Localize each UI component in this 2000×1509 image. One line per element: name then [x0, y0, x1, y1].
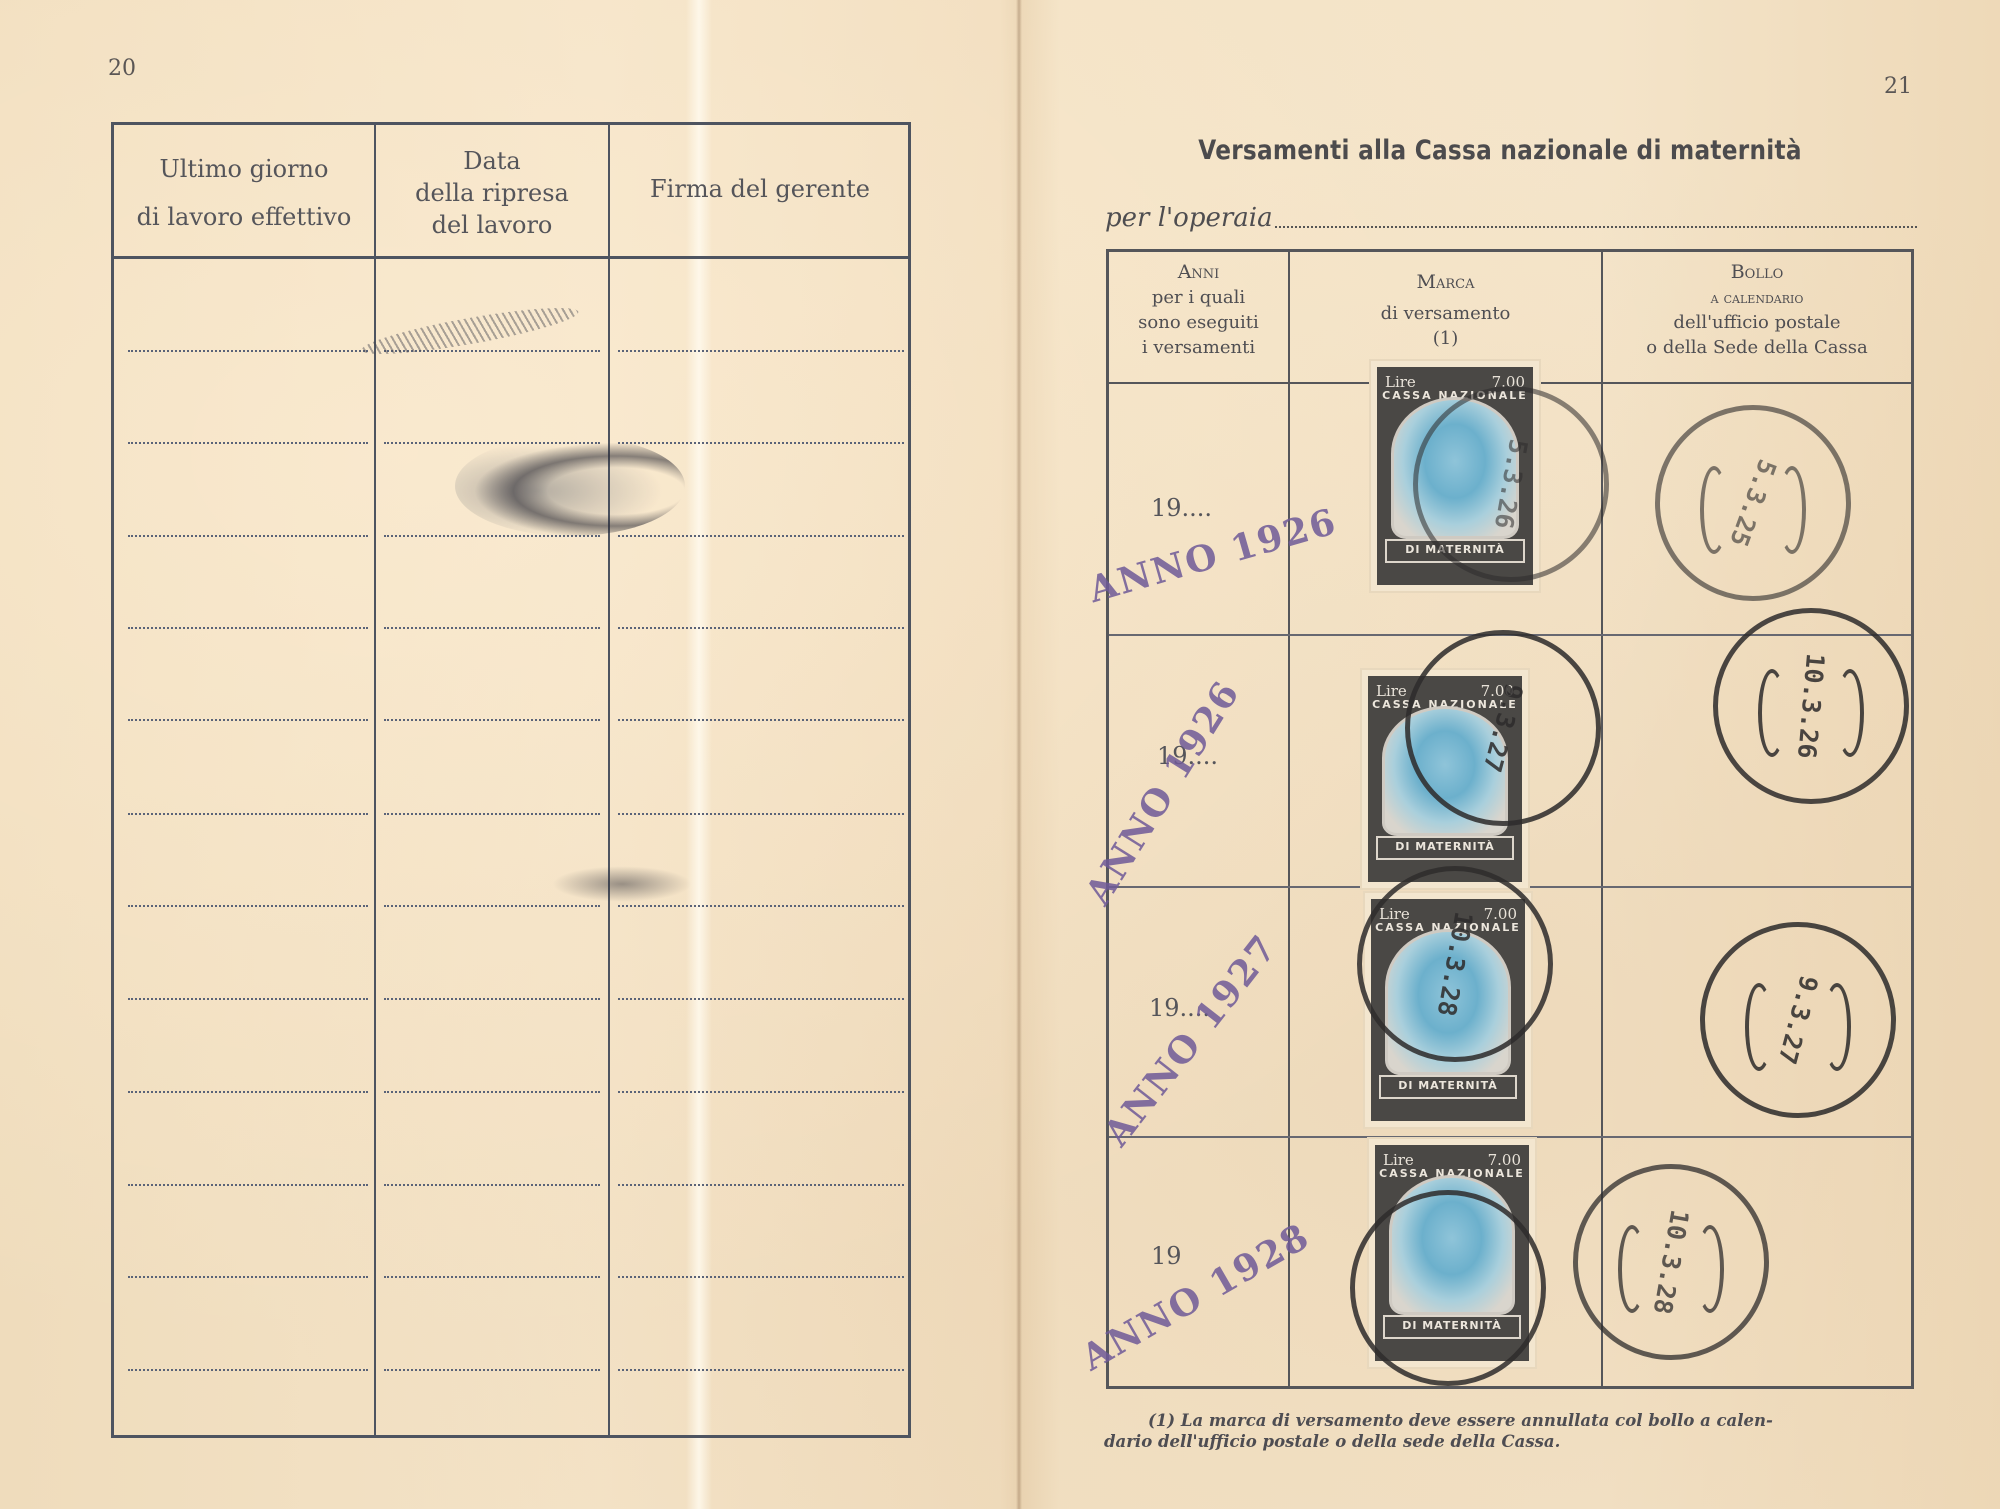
col-header-payment-stamp: Marca di versamento (1)	[1290, 270, 1601, 351]
header-line: i versamenti	[1109, 335, 1288, 360]
page-number-left: 20	[108, 56, 136, 81]
row-dotted-line	[618, 350, 904, 352]
header-line: Bollo	[1603, 260, 1911, 285]
row-dotted-line	[618, 1184, 904, 1186]
postmark-date: 9.3.27	[1477, 681, 1528, 776]
header-line: del lavoro	[376, 209, 608, 241]
row-dotted-line	[128, 998, 368, 1000]
postmark-3: 9.3.27	[1405, 630, 1601, 826]
col-header-resume-date: Data della ripresa del lavoro	[376, 145, 608, 241]
row-dotted-line	[618, 905, 904, 907]
worker-name-field[interactable]	[1275, 226, 1917, 228]
row-dotted-line	[618, 1276, 904, 1278]
stamp-band-text: DI MATERNITÀ	[1376, 836, 1514, 860]
header-line: della ripresa	[376, 177, 608, 209]
postmark-crescent-icon	[1745, 983, 1773, 1071]
row-dotted-line	[384, 813, 600, 815]
row-dotted-line	[128, 905, 368, 907]
book-gutter	[1016, 0, 1022, 1509]
column-divider	[608, 125, 610, 1435]
postmark-crescent-icon	[1823, 983, 1851, 1071]
row-dotted-line	[128, 1091, 368, 1093]
col-header-years: Anni per i quali sono eseguiti i versame…	[1109, 260, 1288, 360]
header-line: sono eseguiti	[1109, 310, 1288, 335]
row-dotted-line	[128, 1369, 368, 1371]
row-dotted-line	[618, 442, 904, 444]
scanned-booklet-spread: 20 Ultimo giorno di lavoro effettivo Dat…	[0, 0, 2000, 1509]
footnote-line: (1) La marca di versamento deve essere a…	[1104, 1410, 1924, 1431]
postmark-crescent-icon	[1700, 466, 1728, 554]
postmark-6: 9.3.27	[1700, 922, 1896, 1118]
row-dotted-line	[384, 1276, 600, 1278]
row-dotted-line	[618, 719, 904, 721]
stamp-band-text: DI MATERNITÀ	[1379, 1075, 1517, 1099]
row-dotted-line	[128, 813, 368, 815]
postmark-crescent-icon	[1696, 1225, 1724, 1313]
header-line: dell'ufficio postale	[1603, 310, 1911, 335]
row-dotted-line	[128, 1276, 368, 1278]
row-dotted-line	[384, 1184, 600, 1186]
header-line: di lavoro effettivo	[114, 201, 374, 233]
header-line: Anni	[1109, 260, 1288, 285]
header-line: a calendario	[1603, 285, 1911, 310]
footnote-line: dario dell'ufficio postale o della sede …	[1104, 1431, 1924, 1452]
row-dotted-line	[384, 905, 600, 907]
header-line: o della Sede della Cassa	[1603, 335, 1911, 360]
header-line: Marca	[1290, 270, 1601, 295]
postmark-date: 5.3.25	[1724, 456, 1782, 551]
postmark-4: 10.3.26	[1713, 608, 1909, 804]
header-line: Firma del gerente	[610, 173, 910, 205]
worker-label: per l'operaia	[1105, 203, 1273, 233]
footnote: (1) La marca di versamento deve essere a…	[1104, 1410, 1924, 1452]
row-dotted-line	[618, 627, 904, 629]
header-line: Ultimo giorno	[114, 153, 374, 185]
row-dotted-line	[128, 627, 368, 629]
postmark-date: 10.3.26	[1792, 652, 1830, 759]
row-dotted-line	[384, 719, 600, 721]
row-divider	[1109, 1136, 1911, 1138]
row-dotted-line	[618, 813, 904, 815]
page-title: Versamenti alla Cassa nazionale di mater…	[1173, 135, 1827, 166]
postmark-date: 5.3.26	[1489, 437, 1533, 531]
year-field-row-4: 19	[1151, 1242, 1182, 1270]
row-dotted-line	[128, 535, 368, 537]
row-dotted-line	[384, 998, 600, 1000]
column-divider	[374, 125, 376, 1435]
column-divider	[1288, 252, 1290, 1386]
postmark-2: 5.3.25	[1655, 405, 1851, 601]
row-dotted-line	[384, 627, 600, 629]
row-dotted-line	[128, 350, 368, 352]
postmark-5: 10.3.28	[1357, 866, 1553, 1062]
row-dotted-line	[128, 1184, 368, 1186]
postmark-crescent-icon	[1618, 1225, 1646, 1313]
row-dotted-line	[384, 1369, 600, 1371]
postmark-7	[1350, 1190, 1546, 1386]
row-dotted-line	[128, 442, 368, 444]
row-dotted-line	[128, 719, 368, 721]
header-line: Data	[376, 145, 608, 177]
col-header-manager-signature: Firma del gerente	[610, 173, 910, 205]
col-header-last-day: Ultimo giorno di lavoro effettivo	[114, 153, 374, 233]
header-line: per i quali	[1109, 285, 1288, 310]
col-header-calendar-postmark: Bollo a calendario dell'ufficio postale …	[1603, 260, 1911, 360]
row-dotted-line	[618, 535, 904, 537]
thumbprint-smudge	[455, 436, 685, 536]
postmark-crescent-icon	[1778, 466, 1806, 554]
postmark-crescent-icon	[1836, 669, 1864, 757]
header-line: di versamento	[1290, 301, 1601, 326]
header-line: (1)	[1290, 326, 1601, 351]
postmark-1: 5.3.26	[1413, 386, 1609, 582]
year-field-row-1: 19....	[1151, 494, 1212, 522]
row-dotted-line	[618, 1091, 904, 1093]
ink-smudge	[552, 866, 692, 902]
postmark-date: 10.3.28	[1432, 910, 1479, 1019]
row-dotted-line	[618, 998, 904, 1000]
page-number-right: 21	[1884, 74, 1912, 99]
row-dotted-line	[618, 1369, 904, 1371]
row-dotted-line	[384, 1091, 600, 1093]
postmark-date: 10.3.28	[1648, 1208, 1695, 1317]
postmark-8: 10.3.28	[1573, 1164, 1769, 1360]
postmark-crescent-icon	[1758, 669, 1786, 757]
postmark-date: 9.3.27	[1772, 973, 1823, 1068]
header-divider	[114, 256, 908, 259]
